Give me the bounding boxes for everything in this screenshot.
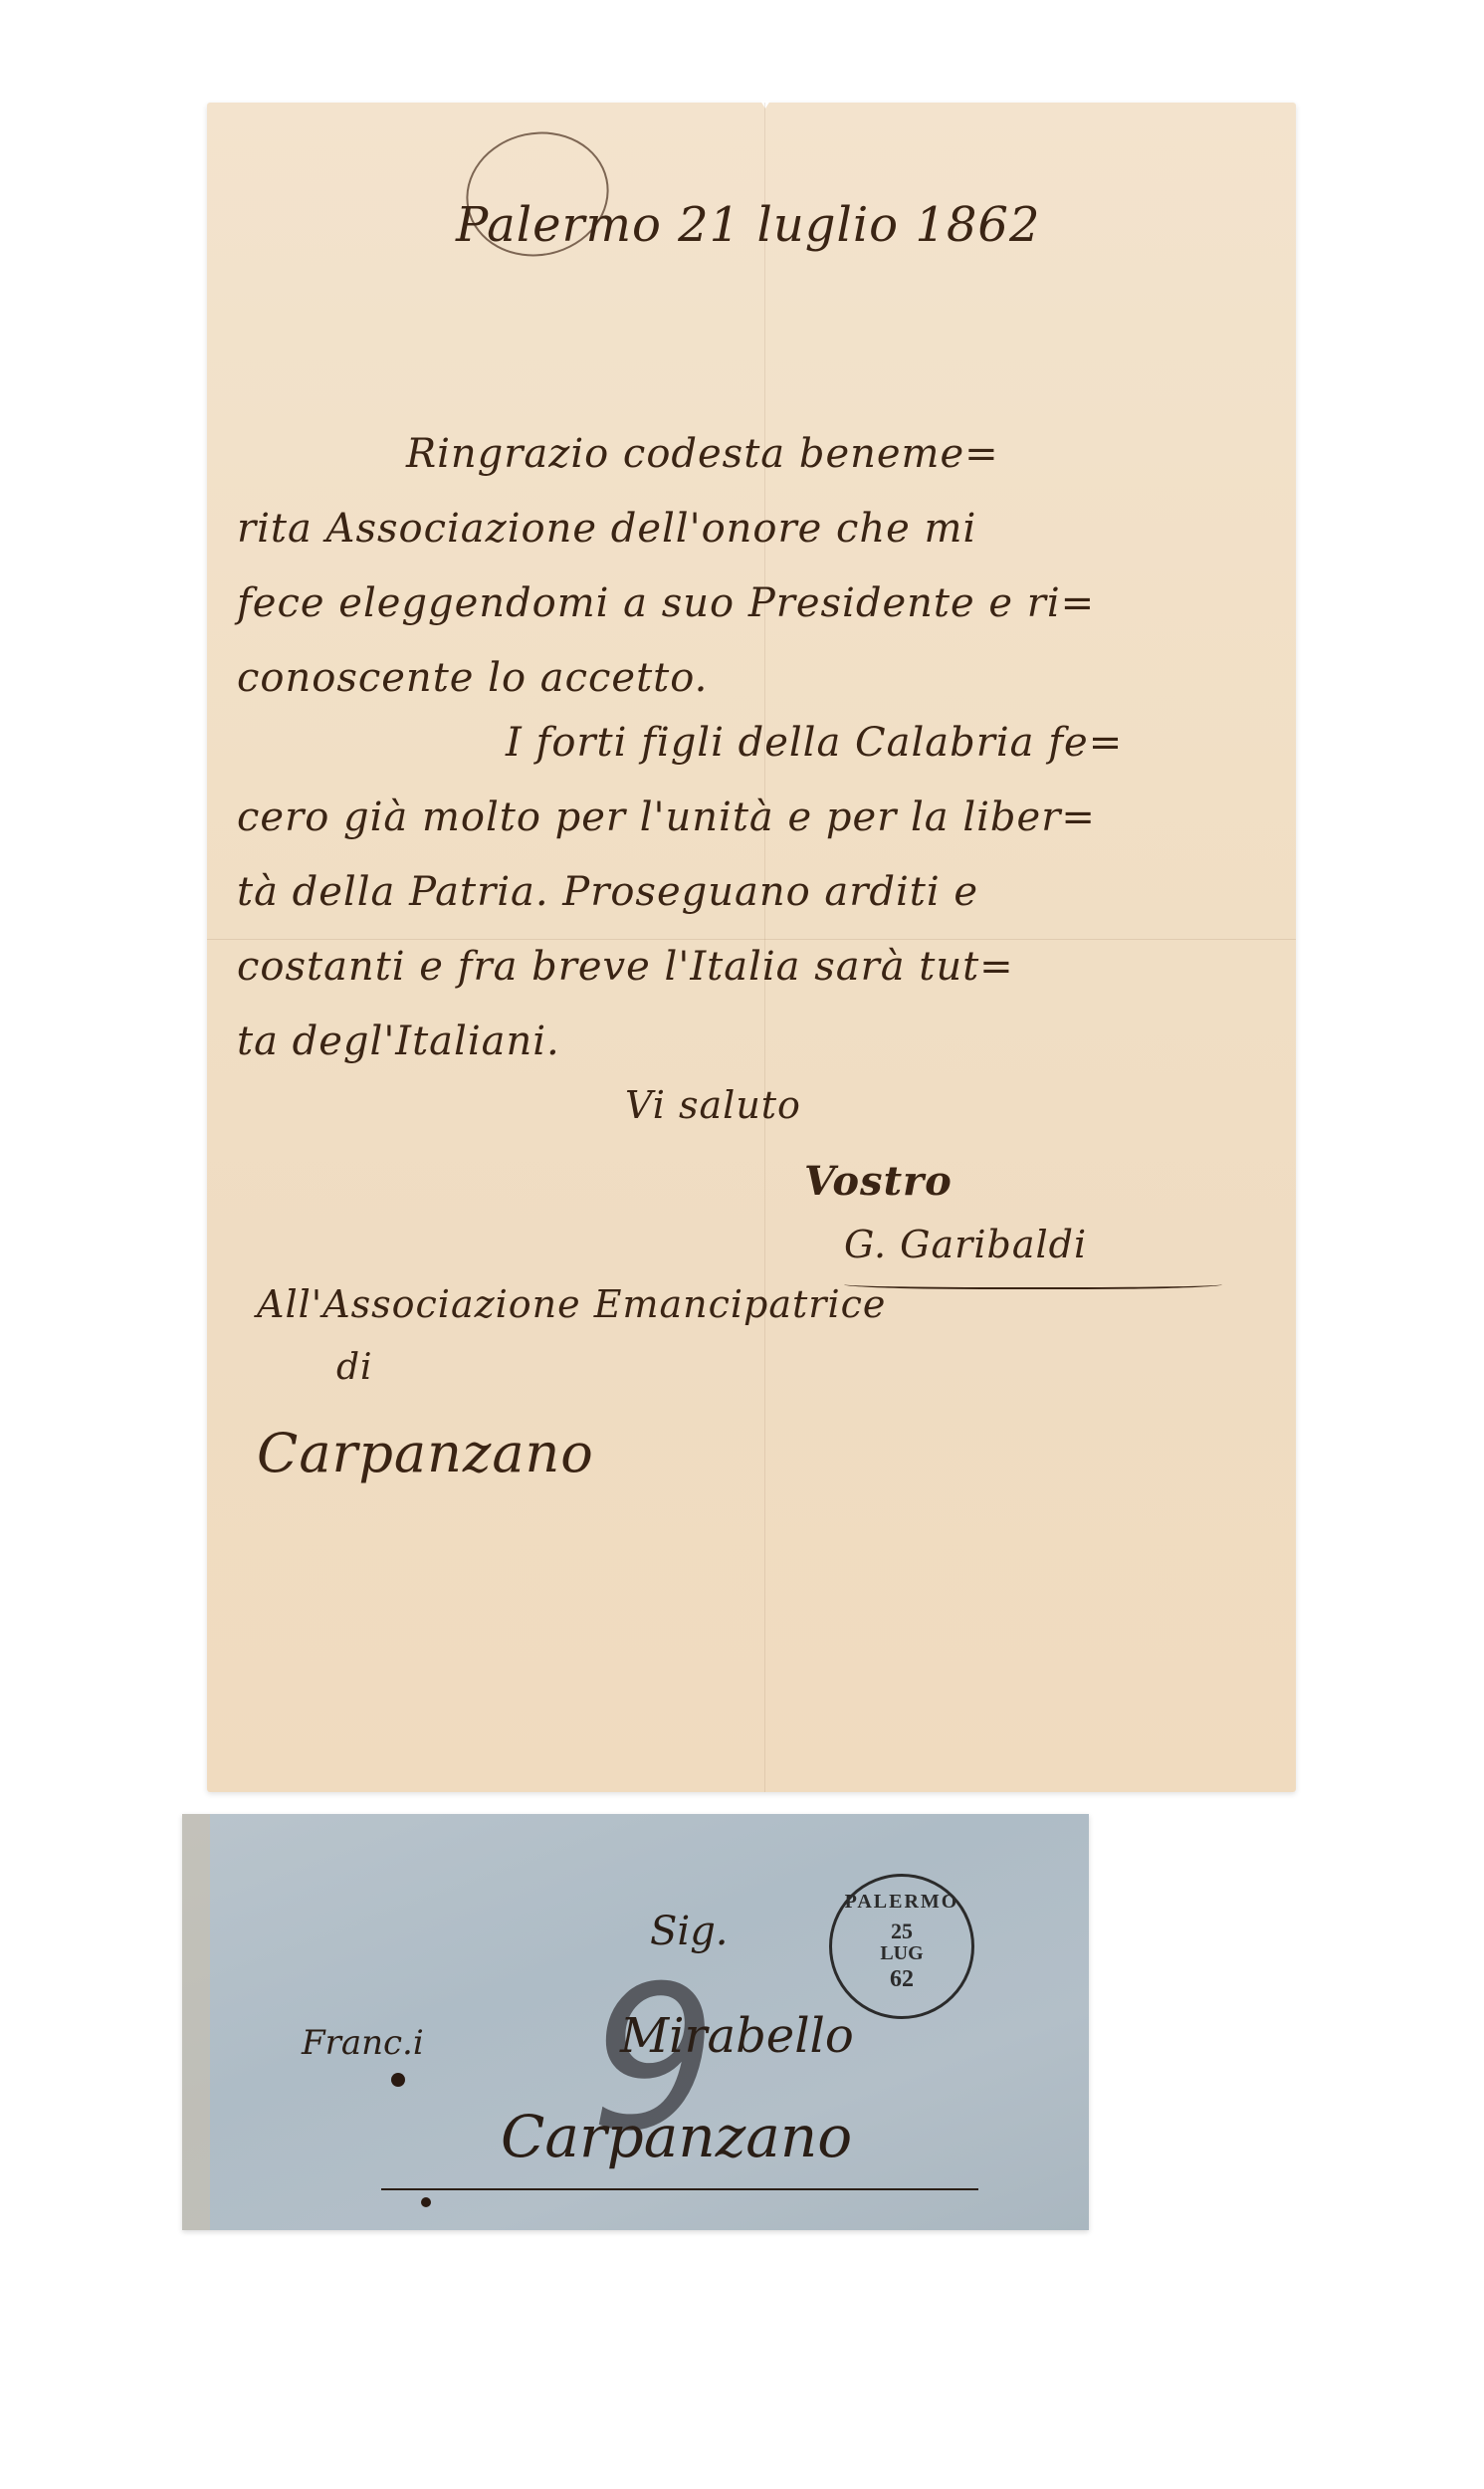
letter-body-line: I forti figli della Calabria fe= [506,720,1123,766]
letter-body-line: tà della Patria. Proseguano arditi e [237,869,978,915]
letter-body-line: cero già molto per l'unità e per la libe… [237,794,1096,840]
letter-body-line: fece eleggendomi a suo Presidente e ri= [237,580,1095,626]
postmark-month: LUG [832,1942,971,1965]
letter-body-line: costanti e fra breve l'Italia sarà tut= [237,944,1014,990]
signature: G. Garibaldi [844,1223,1087,1266]
envelope: PALERMO 25 LUG 62 9 Sig. Franc.i Mirabel… [182,1814,1089,2230]
underline-flourish [381,2182,978,2190]
envelope-address-line: Franc.i [302,2023,424,2063]
signature-underline [844,1277,1222,1289]
letter-body-line: conoscente lo accetto. [237,655,708,701]
letter-body-line: rita Associazione dell'onore che mi [237,506,976,552]
closing: Vostro [804,1158,953,1205]
postmark-year: 62 [832,1966,971,1993]
letter-body-line: Ringrazio codesta beneme= [406,431,999,477]
ink-dot [421,2197,431,2207]
letter-body-line: ta degl'Italiani. [237,1018,560,1064]
envelope-address-line: Mirabello [620,2008,854,2064]
address-line: di [336,1347,373,1388]
postmark-day: 25 [832,1919,971,1944]
postmark-city: PALERMO [832,1891,971,1914]
letter-date: Palermo 21 luglio 1862 [456,197,1040,253]
fold-line-horizontal [207,939,1296,940]
envelope-address-line: Sig. [650,1909,729,1954]
letter-page: Palermo 21 luglio 1862 Ringrazio codesta… [207,103,1296,1792]
envelope-address-line: Carpanzano [501,2103,852,2170]
paper-notch [760,101,770,109]
postmark-stamp: PALERMO 25 LUG 62 [829,1874,974,2019]
address-line: Carpanzano [257,1422,594,1484]
torn-edge [182,1814,210,2230]
salutation: Vi saluto [625,1083,801,1127]
ink-dot [391,2073,405,2087]
address-line: All'Associazione Emancipatrice [257,1282,886,1326]
